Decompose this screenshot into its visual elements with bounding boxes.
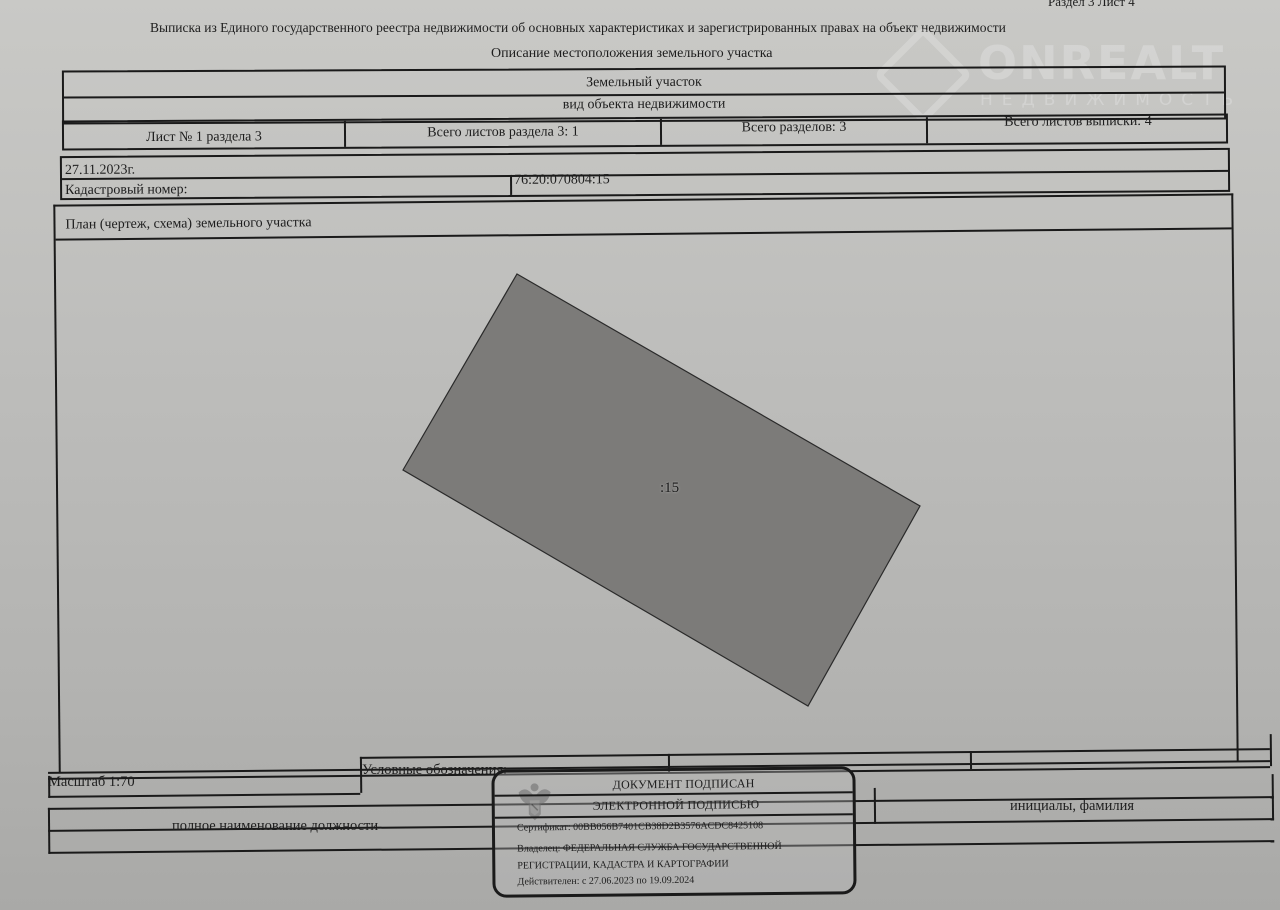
signature-line1: ДОКУМЕНТ ПОДПИСАН: [612, 776, 754, 792]
certificate-validity: Действителен: с 27.06.2023 по 19.09.2024: [517, 875, 694, 888]
legend-label: Условные обозначения:: [362, 762, 507, 779]
parcel-label: :15: [660, 480, 679, 497]
name-caption: инициалы, фамилия: [1010, 798, 1134, 815]
certificate-owner-line2: РЕГИСТРАЦИИ, КАДАСТРА И КАРТОГРАФИИ: [517, 858, 728, 871]
certificate-number: Сертификат: 00BB056B7401CB38D2B3576ACDC8…: [517, 820, 763, 833]
electronic-signature-stamp: ДОКУМЕНТ ПОДПИСАН ЭЛЕКТРОННОЙ ПОДПИСЬЮ С…: [491, 766, 856, 897]
signature-line2: ЭЛЕКТРОННОЙ ПОДПИСЬЮ: [593, 797, 760, 814]
certificate-owner-line1: Владелец: ФЕДЕРАЛЬНАЯ СЛУЖБА ГОСУДАРСТВЕ…: [517, 841, 782, 855]
position-caption: полное наименование должности: [172, 818, 378, 835]
